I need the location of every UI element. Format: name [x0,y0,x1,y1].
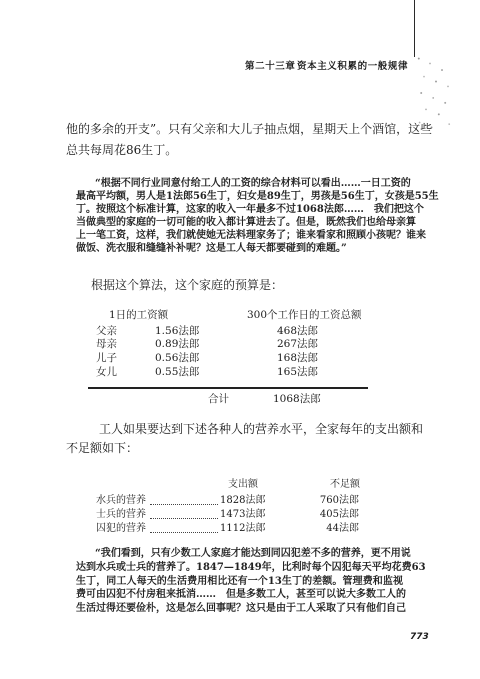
quote-line: 做饭、洗衣服和缝缝补补呢？这是工人每天都要碰到的难题。” [76,242,347,255]
dotted-leader [150,504,218,505]
deficit-value: 760法郎 [300,494,359,507]
paragraph-line: 他的多余的开支”。只有父亲和大儿子抽点烟，星期天上个酒馆，这些 [66,121,413,137]
quote-line: 达到水兵或士兵的营养了。1847—1849年，比利时每个囚犯每天平均花费63 [76,561,403,574]
nutrition-label: 囚犯的营养 [96,522,146,535]
quote-line: 费可由囚犯不付房租来抵消…… 但是多数工人，甚至可以说大多数工人的 [76,588,403,601]
budget-header-daily: 1日的工资额 [109,309,168,322]
running-header-title: 资本主义积累的一般规律 [297,60,408,73]
daily-wage: 0.56法郎 [155,352,199,365]
nutrition-header-expense: 支出额 [228,478,258,491]
family-member: 父亲 [96,325,117,338]
expense-value: 1828法郎 [220,494,265,507]
nutrition-header-deficit: 不足额 [330,478,360,491]
annual-wage: 165法郎 [277,366,318,379]
paragraph-line: 工人如果要达到下述各种人的营养水平，全家每年的支出额和 [99,421,417,437]
total-label: 合计 [208,393,229,406]
quote-line: 生活过得还要俭朴，这是怎么回事呢？这只是由于工人采取了只有他们自己 [76,602,403,615]
quote-line: 当做典型的家庭的一切可能的收入都计算进去了。但是，既然我们也给母亲算 [76,216,406,229]
daily-wage: 0.55法郎 [155,366,199,379]
quote-line: 最高平均额，男人是1法郎56生丁，妇女是89生丁，男孩是56生丁，女孩是55生 [76,190,406,203]
paragraph-line: 不足额如下： [66,440,138,456]
annual-wage: 267法郎 [277,338,318,351]
family-member: 女儿 [96,366,117,379]
nutrition-label: 士兵的营养 [96,508,146,521]
running-header-chapter: 第二十三章 [245,60,296,73]
dotted-leader [150,532,218,533]
family-member: 母亲 [96,338,117,351]
daily-wage: 0.89法郎 [155,338,199,351]
header-rule [414,0,415,57]
paragraph-2: 根据这个算法，这个家庭的预算是： [91,277,283,293]
paragraph-line: 总共每周花86生丁。 [66,142,177,158]
budget-header-annual: 300个工作日的工资总额 [247,309,362,322]
quote-line: “根据不同行业同意付给工人的工资的综合材料可以看出……一日工资的 [95,177,406,190]
deficit-value: 405法郎 [300,508,359,521]
quote-line: 生丁，同工人每天的生活费用相比还有一个13生丁的差额。管理费和监视 [76,575,403,588]
dotted-leader [150,518,218,519]
quote-line: 上一笔工资，这样，我们就使她无法料理家务了；谁来看家和照顾小孩呢？谁来 [76,229,406,242]
total-value: 1068法郎 [273,393,321,406]
daily-wage: 1.56法郎 [155,325,199,338]
expense-value: 1112法郎 [220,522,265,535]
nutrition-label: 水兵的营养 [96,494,146,507]
family-member: 儿子 [96,352,117,365]
annual-wage: 168法郎 [277,352,318,365]
deficit-value: 44法郎 [300,522,359,535]
quote-line: “我们看到，只有少数工人家庭才能达到同囚犯差不多的营养，更不用说 [95,547,403,560]
annual-wage: 468法郎 [277,325,318,338]
page-number: 773 [410,631,429,643]
quote-line: 丁。按照这个标准计算，这家的收入一年最多不过1068法郎…… 我们把这个 [76,203,406,216]
expense-value: 1473法郎 [220,508,265,521]
table-rule [88,387,368,389]
